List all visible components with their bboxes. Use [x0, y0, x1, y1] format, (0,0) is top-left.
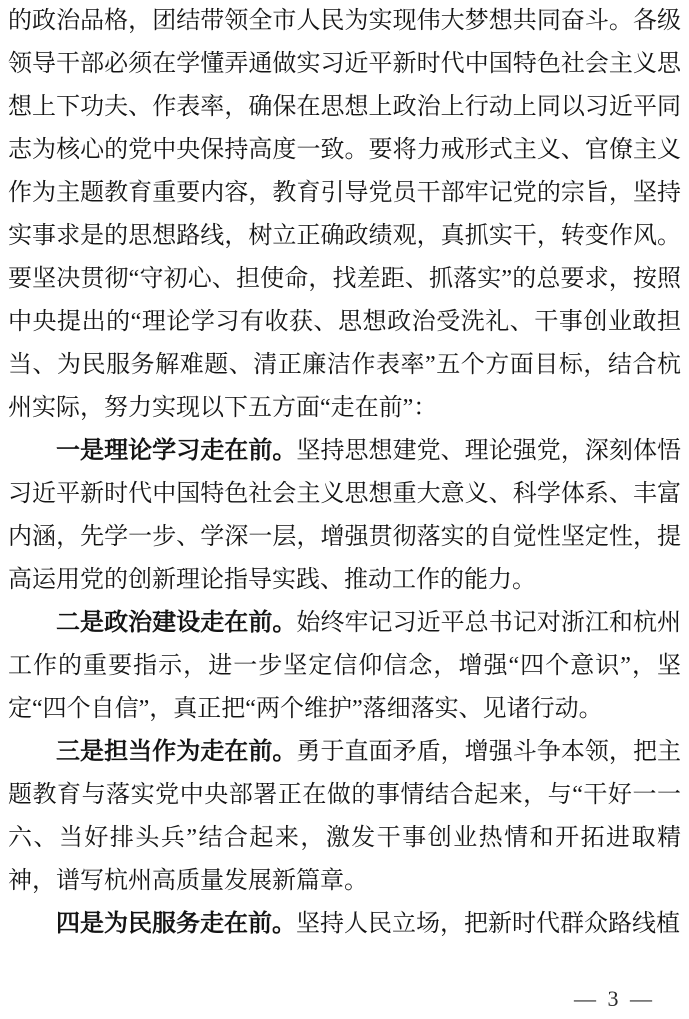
- paragraph-lead: 一是理论学习走在前。: [56, 438, 296, 464]
- paragraph: 一是理论学习走在前。坚持思想建党、理论强党，深刻体悟习近平新时代中国特色社会主义…: [8, 430, 681, 602]
- paragraph: 二是政治建设走在前。始终牢记习近平总书记对浙江和杭州工作的重要指示，进一步坚定信…: [8, 602, 681, 731]
- paragraph-lead: 三是担当作为走在前。: [56, 739, 296, 765]
- paragraph-text: 的政治品格，团结带领全市人民为实现伟大梦想共同奋斗。各级领导干部必须在学懂弄通做…: [8, 8, 681, 421]
- paragraph-text: 坚持人民立场，把新时代群众路线植: [296, 911, 680, 937]
- paragraph: 四是为民服务走在前。坚持人民立场，把新时代群众路线植: [8, 903, 681, 946]
- paragraph-lead: 四是为民服务走在前。: [56, 911, 296, 937]
- paragraph: 的政治品格，团结带领全市人民为实现伟大梦想共同奋斗。各级领导干部必须在学懂弄通做…: [8, 0, 681, 430]
- page-number: — 3 —: [574, 987, 655, 1011]
- paragraph: 三是担当作为走在前。勇于直面矛盾，增强斗争本领，把主题教育与落实党中央部署正在做…: [8, 731, 681, 903]
- document-page: 的政治品格，团结带领全市人民为实现伟大梦想共同奋斗。各级领导干部必须在学懂弄通做…: [0, 0, 689, 1019]
- document-body: 的政治品格，团结带领全市人民为实现伟大梦想共同奋斗。各级领导干部必须在学懂弄通做…: [8, 0, 681, 946]
- paragraph-lead: 二是政治建设走在前。: [56, 610, 296, 636]
